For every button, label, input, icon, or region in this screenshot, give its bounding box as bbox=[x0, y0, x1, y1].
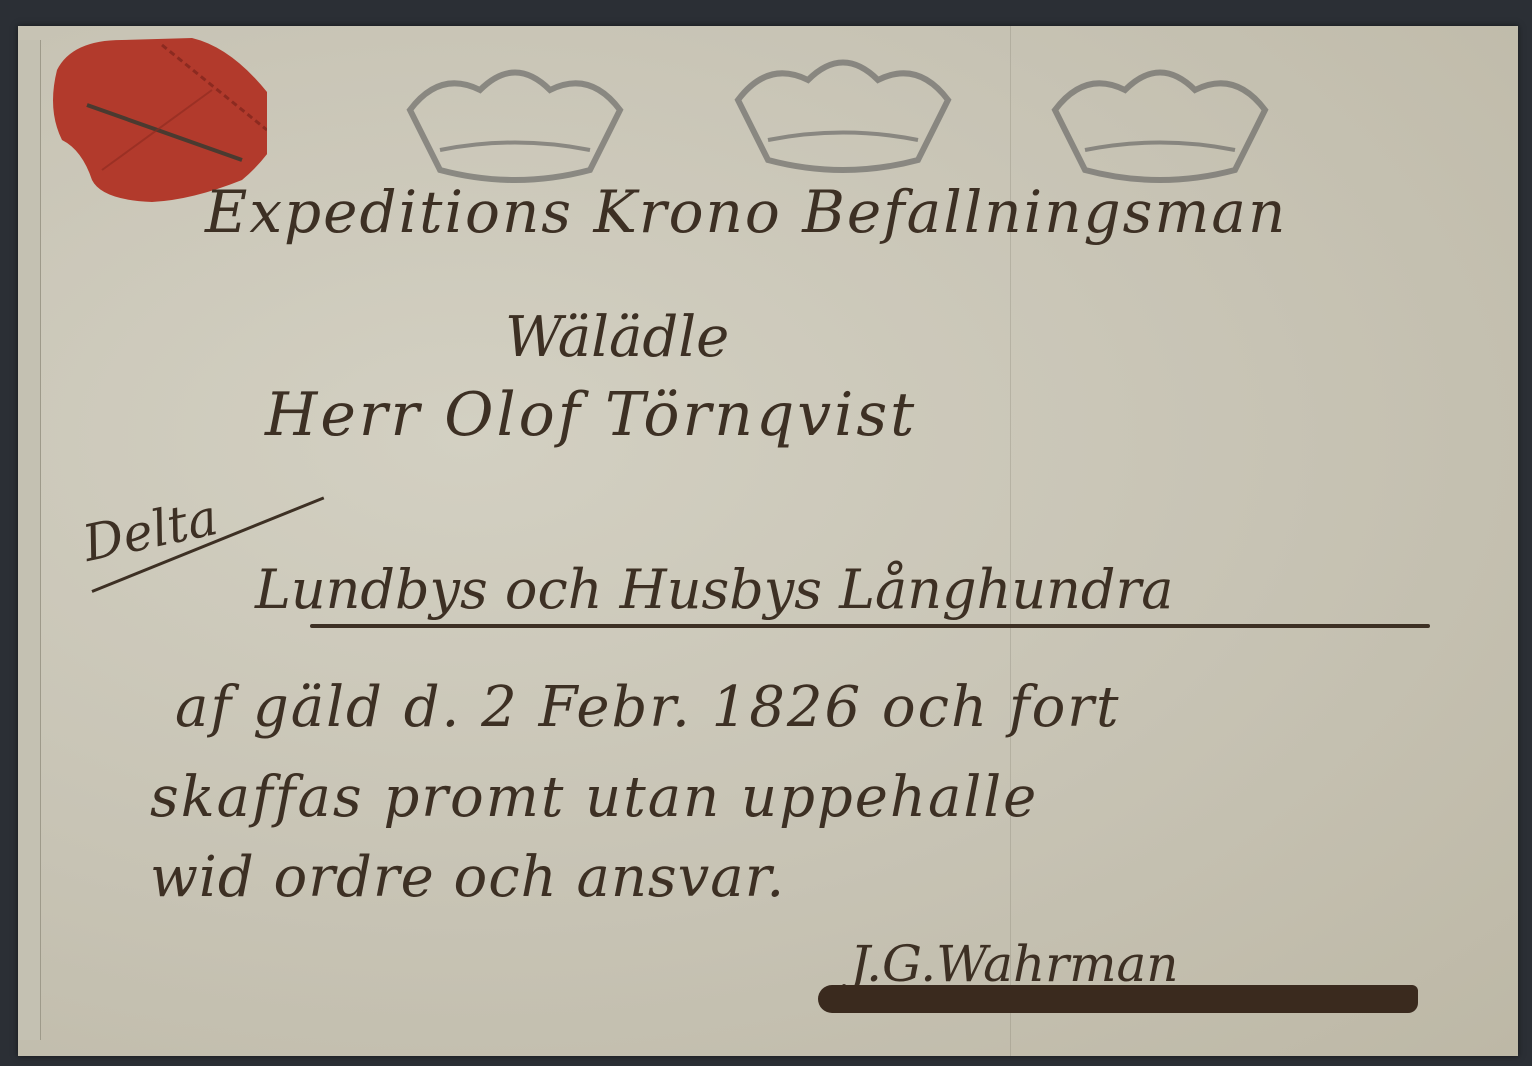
address-line-title: Expeditions Krono Befallningsman bbox=[205, 178, 1287, 246]
body-line-2: skaffas promt utan uppehalle bbox=[150, 765, 1038, 830]
body-line-3: wid ordre och ansvar. bbox=[150, 845, 785, 910]
address-line-district: Lundbys och Husbys Långhundra bbox=[255, 558, 1173, 621]
district-underline bbox=[310, 624, 1430, 628]
body-line-1: af gäld d. 2 Febr. 1826 och fort bbox=[175, 675, 1121, 740]
crown-stamp-icon bbox=[400, 50, 630, 190]
crown-stamp-icon bbox=[1045, 50, 1275, 190]
address-line-recipient: Herr Olof Törnqvist bbox=[265, 380, 917, 450]
address-line-honorific: Wälädle bbox=[505, 305, 729, 370]
crown-stamp-icon bbox=[728, 40, 958, 180]
signature-flourish bbox=[818, 985, 1418, 1013]
paper-fold-edge bbox=[18, 40, 41, 1040]
